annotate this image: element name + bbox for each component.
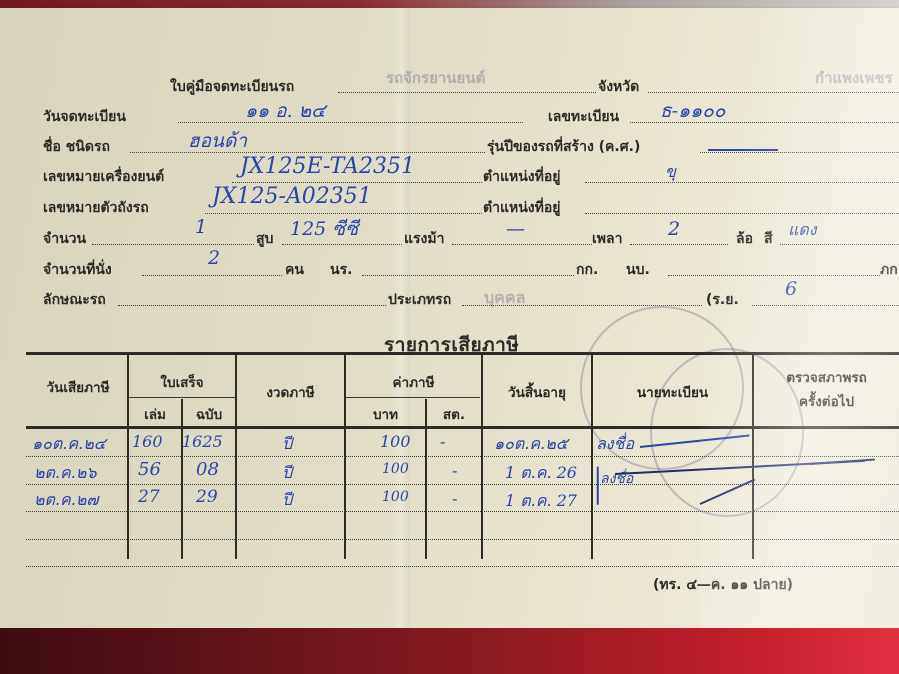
cell-expiry: ๑๐ต.ค.๒๕ [494,432,568,457]
dotted-line [232,182,482,183]
nr-label: นร. [330,259,352,281]
engine-no-value: JX125E-TA2351 [240,154,415,179]
tax-section-title: รายการเสียภาษี [384,330,519,360]
dotted-line [118,305,386,306]
engine-pos-label: ตำแหน่งที่อยู่ [483,166,560,188]
qty-value: 1 [195,216,207,238]
persons-label: คน [285,259,304,281]
binder-edge-bottom [0,628,899,674]
type-label: ประเภทรถ [388,289,451,311]
dotted-line [362,275,574,276]
cell-satang: - [452,489,457,508]
cell-satang: - [440,432,445,451]
cell-period: ปี [282,432,292,457]
cell-satang: - [452,461,457,480]
seats-label: จำนวนที่นั่ง [43,259,112,281]
cell-tax-date: ๑๐ต.ค.๒๔ [32,432,106,457]
signature-stroke [597,467,599,505]
dotted-line [178,122,523,123]
dotted-line [142,275,282,276]
engine-no-label: เลขหมายเครื่องยนต์ [43,166,164,188]
cell-number: 1625 [182,432,223,451]
cell-book: 56 [138,459,161,480]
col-tax: ค่าภาษี [346,371,481,393]
kk-label: กก. [576,259,598,281]
reg-no-label: เลขทะเบียน [548,106,619,128]
col-expiry: วันสิ้นอายุ [483,381,591,403]
cylinders-label: สูบ [256,228,273,250]
axle-value: 2 [668,218,680,240]
cell-registrar: ลงชื่อ [596,432,634,457]
col-satang: สต. [427,403,481,425]
cc-value: 125 ซีซี [290,214,358,244]
cell-period: ปี [282,461,292,486]
chassis-no-value: JX125-A02351 [212,184,372,209]
dotted-line [282,244,402,245]
province-label: จังหวัด [598,76,639,98]
cell-number: 29 [196,487,218,507]
nb-label: นบ. [626,259,650,281]
header-subdivider [345,397,480,398]
col-baht: บาท [346,403,425,425]
col-book: เล่ม [129,403,181,425]
cell-period: ปี [282,488,292,513]
form-title: ใบคู่มือจดทะเบียนรถ [170,76,294,98]
chassis-pos-label: ตำแหน่งที่อยู่ [483,197,560,219]
hp-value: — [506,218,525,240]
cell-expiry: 1 ต.ค. 26 [505,461,577,486]
reg-date-value: ๑๑ อ. ๒๔ [245,96,326,126]
registration-card: รถจักรยานยนต์ กำแพงเพชร ใบคู่มือจดทะเบีย… [0,8,899,632]
reg-date-label: วันจดทะเบียน [43,106,126,128]
cell-baht: 100 [382,489,409,505]
axle-label: เพลา [592,228,622,250]
header-subdivider [128,397,235,398]
cell-baht: 100 [380,432,411,451]
dotted-line [130,152,485,153]
cell-tax-date: ๒ต.ค.๒๗ [34,488,98,513]
brand-value: ฮอนด้า [188,126,247,156]
col-number: ฉบับ [183,403,235,425]
col-receipt: ใบเสร็จ [129,371,235,393]
dotted-line [452,244,592,245]
faint-stamp-vehicle-type: รถจักรยานยนต์ [386,66,485,90]
dotted-line [338,92,596,93]
engine-pos-value: ขุ [665,160,676,185]
cell-baht: 100 [382,461,409,477]
cell-book: 27 [138,487,160,507]
cell-number: 08 [196,459,219,480]
col-period: งวดภาษี [237,381,344,403]
col-tax-date: วันเสียภาษี [30,376,126,398]
cell-expiry: 1 ต.ค. 27 [505,489,577,514]
hp-label: แรงม้า [404,228,444,250]
model-year-label: รุ่นปีของรถที่สร้าง (ค.ศ.) [487,136,640,158]
chassis-no-label: เลขหมายตัวถังรถ [43,197,149,219]
cell-tax-date: ๒ต.ค.๒๖ [34,461,97,486]
cell-book: 160 [132,432,163,451]
dotted-line [92,244,254,245]
brand-label: ชื่อ ชนิดรถ [43,136,110,158]
seats-value: 2 [208,247,220,269]
type-value: บุคคล [484,286,525,311]
qty-label: จำนวน [43,228,86,250]
light-glare [699,8,899,632]
body-label: ลักษณะรถ [43,289,106,311]
